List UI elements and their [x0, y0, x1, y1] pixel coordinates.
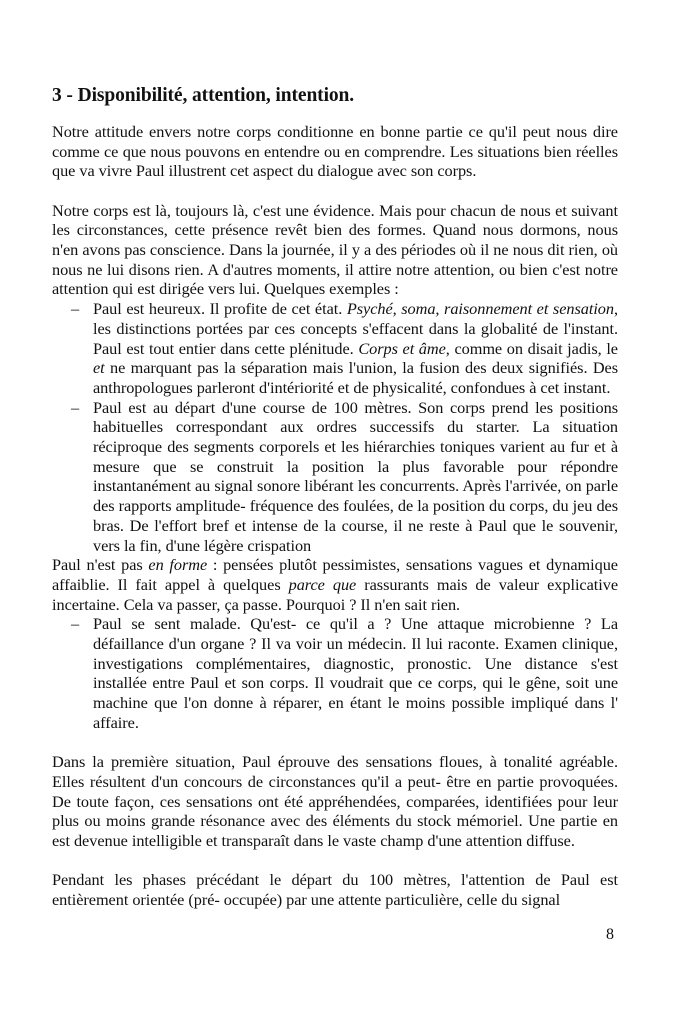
section-heading: 3 - Disponibilité, attention, intention. [52, 84, 618, 108]
dash-bullet-icon: – [71, 614, 79, 634]
text-run: Paul n'est pas [52, 555, 148, 574]
paragraph-intro: Notre attitude envers notre corps condit… [52, 122, 618, 181]
italic-term: parce que [289, 575, 357, 594]
dash-bullet-icon: – [71, 398, 79, 418]
examples-list-continued: –Paul se sent malade. Qu'est- ce qu'il a… [52, 614, 618, 732]
italic-term: et [93, 358, 105, 377]
dash-bullet-icon: – [71, 299, 79, 319]
text-run: Paul est heureux. Il profite de cet état… [93, 299, 347, 318]
italic-term: en forme [148, 555, 207, 574]
list-item-sick: –Paul se sent malade. Qu'est- ce qu'il a… [52, 614, 618, 732]
document-page: 3 - Disponibilité, attention, intention.… [52, 84, 618, 910]
list-item-happy: –Paul est heureux. Il profite de cet éta… [52, 299, 618, 398]
paragraph-spacer [52, 733, 618, 753]
text-run: Paul est au départ d'une course de 100 m… [93, 398, 618, 555]
paragraph-race-phases: Pendant les phases précédant le départ d… [52, 870, 618, 909]
text-run: , comme on disait jadis, le [446, 339, 618, 358]
italic-term: Corps et âme [358, 339, 445, 358]
text-run: Paul se sent malade. Qu'est- ce qu'il a … [93, 614, 618, 732]
paragraph-spacer [52, 851, 618, 871]
paragraph-body-presence: Notre corps est là, toujours là, c'est u… [52, 201, 618, 300]
examples-list: –Paul est heureux. Il profite de cet éta… [52, 299, 618, 555]
paragraph-spacer [52, 181, 618, 201]
text-run: ne marquant pas la séparation mais l'uni… [93, 358, 618, 397]
italic-term: Psyché, soma, raisonnement et sensation [347, 299, 614, 318]
page-number: 8 [606, 925, 614, 944]
list-item-race: –Paul est au départ d'une course de 100 … [52, 398, 618, 556]
paragraph-first-situation: Dans la première situation, Paul éprouve… [52, 752, 618, 851]
paragraph-not-in-shape: Paul n'est pas en forme : pensées plutôt… [52, 555, 618, 614]
